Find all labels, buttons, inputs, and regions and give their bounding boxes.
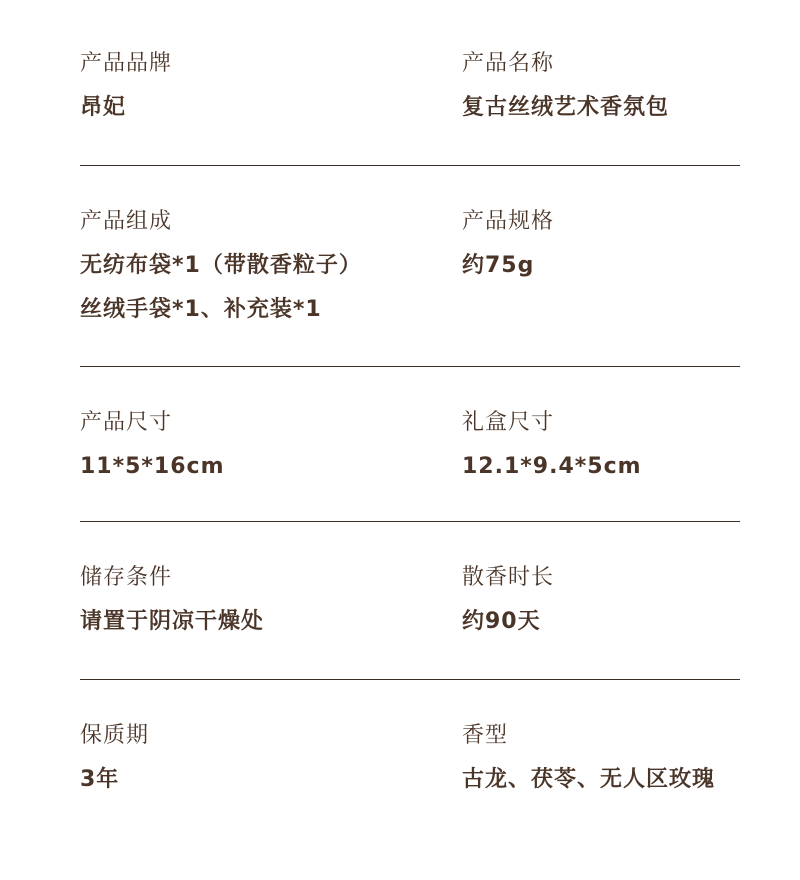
spec-value-storage: 请置于阴凉干燥处 xyxy=(80,600,462,644)
divider xyxy=(80,366,740,367)
spec-value-fragrance-type: 古龙、茯苓、无人区玫瑰 xyxy=(462,758,740,802)
spec-label-shelf-life: 保质期 xyxy=(80,714,462,758)
spec-row-storage-duration: 储存条件 请置于阴凉干燥处 散香时长 约90天 xyxy=(80,556,740,644)
spec-row-shelf-life-fragrance: 保质期 3年 香型 古龙、茯苓、无人区玫瑰 xyxy=(80,714,740,802)
spec-row-composition-spec: 产品组成 无纺布袋*1（带散香粒子） 丝绒手袋*1、补充装*1 产品规格 约75… xyxy=(80,200,740,332)
spec-label-specification: 产品规格 xyxy=(462,200,740,244)
spec-value-composition-line1: 无纺布袋*1（带散香粒子） xyxy=(80,244,462,288)
spec-cell-storage: 储存条件 请置于阴凉干燥处 xyxy=(80,556,462,644)
spec-row-brand-name: 产品品牌 昂妃 产品名称 复古丝绒艺术香氛包 xyxy=(80,42,740,130)
spec-label-scent-duration: 散香时长 xyxy=(462,556,740,600)
spec-cell-gift-box-size: 礼盒尺寸 12.1*9.4*5cm xyxy=(462,401,740,489)
spec-cell-product-name: 产品名称 复古丝绒艺术香氛包 xyxy=(462,42,740,130)
spec-cell-specification: 产品规格 约75g xyxy=(462,200,740,332)
spec-value-shelf-life: 3年 xyxy=(80,758,462,802)
divider xyxy=(80,679,740,680)
divider xyxy=(80,521,740,522)
spec-label-brand: 产品品牌 xyxy=(80,42,462,86)
spec-value-product-name: 复古丝绒艺术香氛包 xyxy=(462,86,740,130)
spec-label-product-size: 产品尺寸 xyxy=(80,401,462,445)
spec-cell-fragrance-type: 香型 古龙、茯苓、无人区玫瑰 xyxy=(462,714,740,802)
spec-value-specification: 约75g xyxy=(462,244,740,288)
spec-row-dimensions: 产品尺寸 11*5*16cm 礼盒尺寸 12.1*9.4*5cm xyxy=(80,401,740,489)
spec-cell-composition: 产品组成 无纺布袋*1（带散香粒子） 丝绒手袋*1、补充装*1 xyxy=(80,200,462,332)
spec-value-scent-duration: 约90天 xyxy=(462,600,740,644)
spec-label-fragrance-type: 香型 xyxy=(462,714,740,758)
spec-cell-shelf-life: 保质期 3年 xyxy=(80,714,462,802)
spec-cell-brand: 产品品牌 昂妃 xyxy=(80,42,462,130)
spec-value-gift-box-size: 12.1*9.4*5cm xyxy=(462,445,740,489)
spec-label-storage: 储存条件 xyxy=(80,556,462,600)
spec-value-brand: 昂妃 xyxy=(80,86,462,130)
spec-label-composition: 产品组成 xyxy=(80,200,462,244)
spec-value-composition-line2: 丝绒手袋*1、补充装*1 xyxy=(80,288,462,332)
spec-cell-product-size: 产品尺寸 11*5*16cm xyxy=(80,401,462,489)
divider xyxy=(80,165,740,166)
spec-value-product-size: 11*5*16cm xyxy=(80,445,462,489)
spec-label-gift-box-size: 礼盒尺寸 xyxy=(462,401,740,445)
spec-cell-scent-duration: 散香时长 约90天 xyxy=(462,556,740,644)
spec-label-product-name: 产品名称 xyxy=(462,42,740,86)
